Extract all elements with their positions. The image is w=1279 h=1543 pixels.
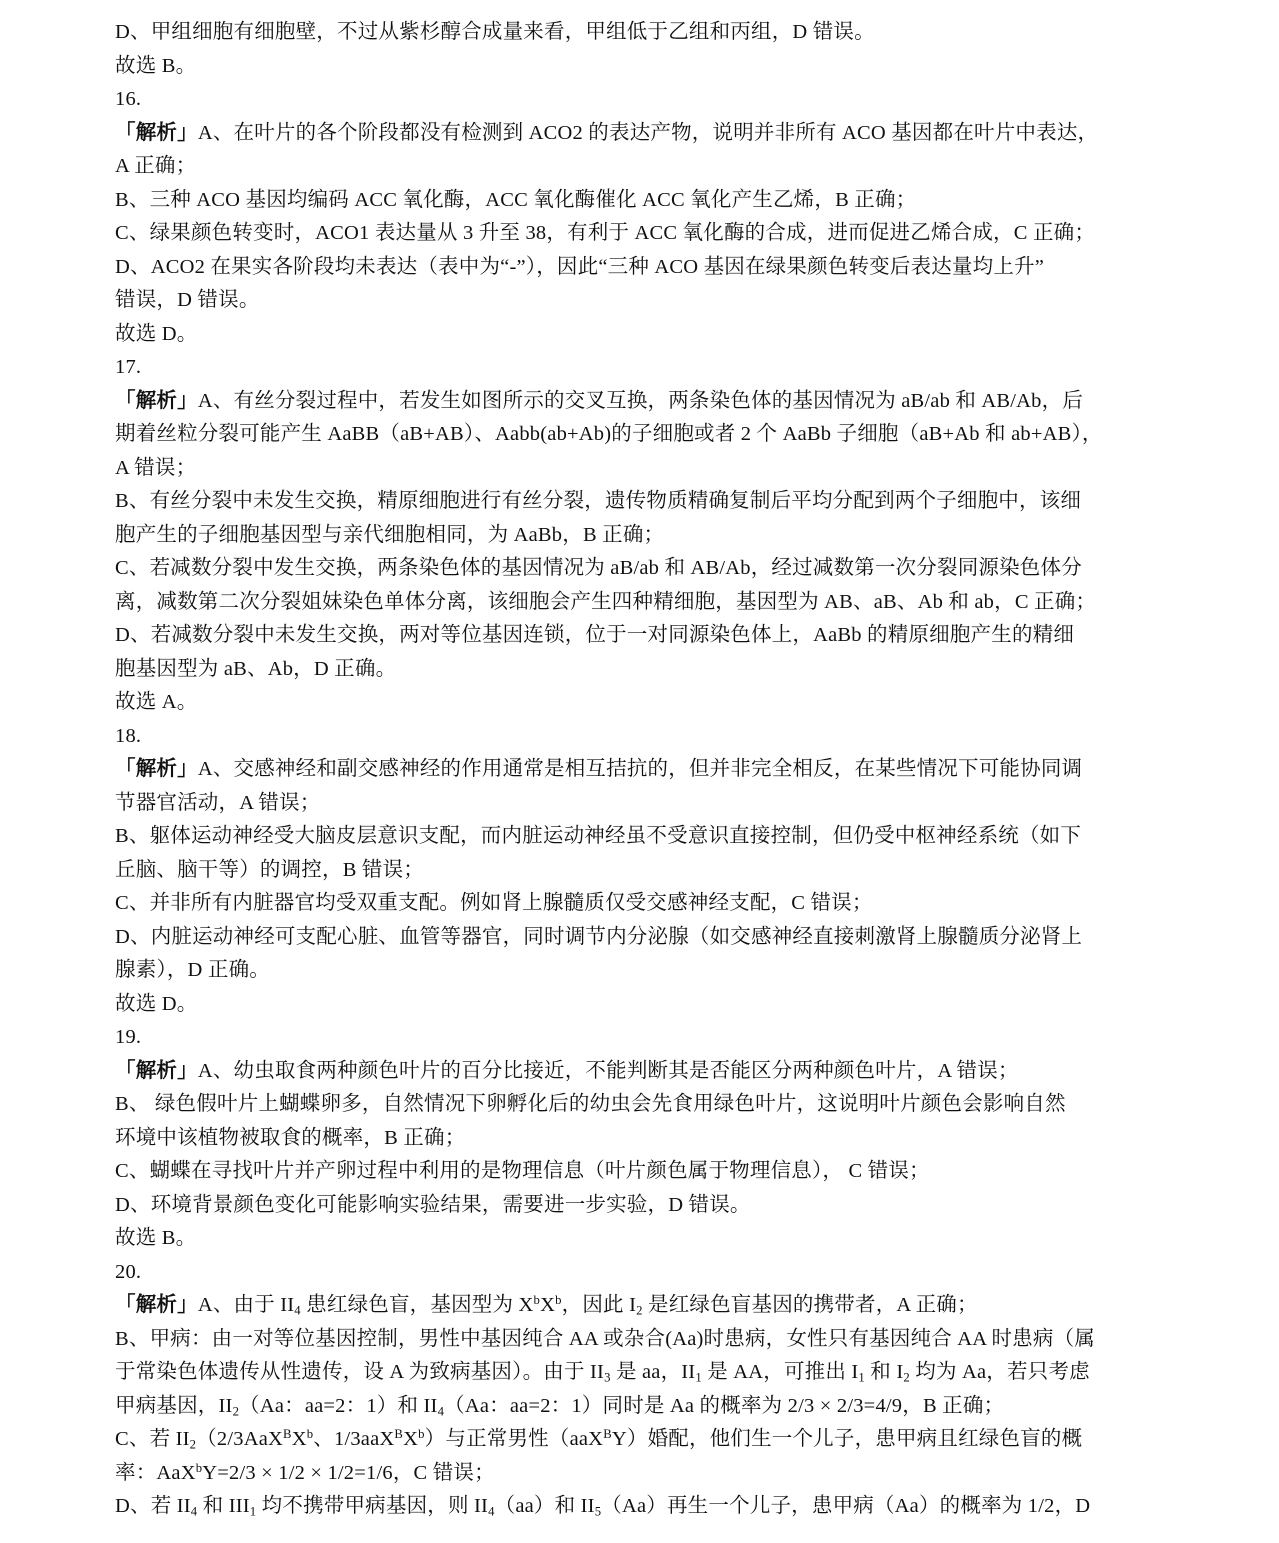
text-run: X [403,1428,418,1450]
text-run: 和 III [197,1495,249,1517]
text-run: C、并非所有内脏器官均受双重支配。例如肾上腺髓质仅受交感神经支配，C 错误； [115,892,873,914]
paragraph-line: C、蝴蝶在寻找叶片并产卵过程中利用的是物理信息（叶片颜色属于物理信息）， C 错… [115,1155,1165,1189]
paragraph-line: D、甲组细胞有细胞壁，不过从紫杉醇合成量来看，甲组低于乙组和丙组，D 错误。 [115,16,1165,50]
superscript: B [394,1427,403,1441]
text-run: 腺素），D 正确。 [115,959,270,981]
answer-line: 故选 B。 [115,1222,1165,1256]
text-run: 错误，D 错误。 [115,289,260,311]
paragraph-line: 「解析」A、在叶片的各个阶段都没有检测到 ACO2 的表达产物，说明并非所有 A… [115,117,1165,151]
superscript: B [603,1427,612,1441]
text-run: 率：AaX [115,1462,196,1484]
text-run: A、幼虫取食两种颜色叶片的百分比接近，不能判断其是否能区分两种颜色叶片，A 错误… [198,1060,1019,1082]
text-run: ，因此 I [562,1294,636,1316]
question-number: 20. [115,1256,1165,1290]
text-run: A、交感神经和副交感神经的作用通常是相互拮抗的，但并非完全相反，在某些情况下可能… [198,758,1082,780]
paragraph-line: D、若减数分裂中未发生交换，两对等位基因连锁，位于一对同源染色体上，AaBb 的… [115,619,1165,653]
analysis-tag: 「解析」 [115,390,198,412]
text-run: 是红绿色盲基因的携带者，A 正确； [643,1294,978,1316]
text-run: B、甲病：由一对等位基因控制，男性中基因纯合 AA 或杂合(Aa)时患病，女性只… [115,1328,1095,1350]
text-run: 、1/3aaX [313,1428,394,1450]
text-run: 均不携带甲病基因，则 II [256,1495,488,1517]
question-number: 19. [115,1021,1165,1055]
text-run: B、三种 ACO 基因均编码 ACC 氧化酶，ACC 氧化酶催化 ACC 氧化产… [115,189,916,211]
text-run: A 错误； [115,457,196,479]
text-run: 胞基因型为 aB、Ab，D 正确。 [115,658,396,680]
paragraph-line: D、内脏运动神经可支配心脏、血管等器官，同时调节内分泌腺（如交感神经直接刺激肾上… [115,921,1165,955]
paragraph-line: D、ACO2 在果实各阶段均未表达（表中为“-”），因此“三种 ACO 基因在绿… [115,251,1165,285]
text-run: 是 AA，可推出 I [702,1361,859,1383]
text-run: 节器官活动，A 错误； [115,792,321,814]
paragraph-line: 「解析」A、有丝分裂过程中，若发生如图所示的交叉互换，两条染色体的基因情况为 a… [115,385,1165,419]
analysis-tag: 「解析」 [115,1060,198,1082]
text-run: X [540,1294,555,1316]
text-run: A、由于 II [198,1294,294,1316]
text-run: （2/3AaX [196,1428,283,1450]
paragraph-line: A 错误； [115,452,1165,486]
text-run: 故选 A。 [115,691,197,713]
text-run: C、若 II [115,1428,190,1450]
text-run: 故选 D。 [115,993,197,1015]
text-run: D、若 II [115,1495,191,1517]
text-run: （Aa）再生一个儿子，患甲病（Aa）的概率为 1/2，D [601,1495,1090,1517]
text-run: A、有丝分裂过程中，若发生如图所示的交叉互换，两条染色体的基因情况为 aB/ab… [198,390,1083,412]
superscript: B [283,1427,292,1441]
answer-line: 故选 D。 [115,988,1165,1022]
text-run: D、若减数分裂中未发生交换，两对等位基因连锁，位于一对同源染色体上，AaBb 的… [115,624,1074,646]
paragraph-line: D、环境背景颜色变化可能影响实验结果，需要进一步实验，D 错误。 [115,1189,1165,1223]
paragraph-line: 「解析」A、由于 II4 患红绿色盲，基因型为 XbXb，因此 I2 是红绿色盲… [115,1289,1165,1323]
text-run: D、环境背景颜色变化可能影响实验结果，需要进一步实验，D 错误。 [115,1194,751,1216]
paragraph-line: C、并非所有内脏器官均受双重支配。例如肾上腺髓质仅受交感神经支配，C 错误； [115,887,1165,921]
text-run: 于常染色体遗传从性遗传，设 A 为致病基因）。由于 II [115,1361,604,1383]
text-run: A 正确； [115,155,196,177]
text-run: （Aa：aa=2：1）和 II [239,1395,437,1417]
paragraph-line: 甲病基因，II2（Aa：aa=2：1）和 II4（Aa：aa=2：1）同时是 A… [115,1390,1165,1424]
text-run: （Aa：aa=2：1）同时是 Aa 的概率为 2/3 × 2/3=4/9，B 正… [444,1395,1004,1417]
paragraph-line: 「解析」A、交感神经和副交感神经的作用通常是相互拮抗的，但并非完全相反，在某些情… [115,753,1165,787]
text-run: 胞产生的子细胞基因型与亲代细胞相同，为 AaBb，B 正确； [115,524,664,546]
paragraph-line: C、若减数分裂中发生交换，两条染色体的基因情况为 aB/ab 和 AB/Ab，经… [115,552,1165,586]
paragraph-line: 腺素），D 正确。 [115,954,1165,988]
paragraph-line: 胞基因型为 aB、Ab，D 正确。 [115,653,1165,687]
text-run: C、若减数分裂中发生交换，两条染色体的基因情况为 aB/ab 和 AB/Ab，经… [115,557,1082,579]
text-run: （aa）和 II [495,1495,595,1517]
text-run: D、内脏运动神经可支配心脏、血管等器官，同时调节内分泌腺（如交感神经直接刺激肾上… [115,926,1082,948]
text-run: 故选 D。 [115,323,197,345]
question-number: 18. [115,720,1165,754]
analysis-tag: 「解析」 [115,1294,198,1316]
text-run: 环境中该植物被取食的概率，B 正确； [115,1127,465,1149]
paragraph-line: C、绿果颜色转变时，ACO1 表达量从 3 升至 38，有利于 ACC 氧化酶的… [115,217,1165,251]
paragraph-line: B、 绿色假叶片上蝴蝶卵多，自然情况下卵孵化后的幼虫会先食用绿色叶片，这说明叶片… [115,1088,1165,1122]
paragraph-line: D、若 II4 和 III1 均不携带甲病基因，则 II4（aa）和 II5（A… [115,1490,1165,1524]
text-run: X [292,1428,307,1450]
paragraph-line: B、甲病：由一对等位基因控制，男性中基因纯合 AA 或杂合(Aa)时患病，女性只… [115,1323,1165,1357]
answer-line: 故选 D。 [115,318,1165,352]
text-run: 甲病基因，II [115,1395,233,1417]
text-run: 丘脑、脑干等）的调控，B 错误； [115,859,424,881]
paragraph-line: A 正确； [115,150,1165,184]
text-run: Y=2/3 × 1/2 × 1/2=1/6，C 错误； [202,1462,495,1484]
paragraph-line: 「解析」A、幼虫取食两种颜色叶片的百分比接近，不能判断其是否能区分两种颜色叶片，… [115,1055,1165,1089]
paragraph-line: 期着丝粒分裂可能产生 AaBB（aB+AB）、Aabb(ab+Ab)的子细胞或者… [115,418,1165,452]
paragraph-line: C、若 II2（2/3AaXBXb、1/3aaXBXb）与正常男性（aaXBY）… [115,1423,1165,1457]
text-run: B、有丝分裂中未发生交换，精原细胞进行有丝分裂，遗传物质精确复制后平均分配到两个… [115,490,1081,512]
paragraph-line: 丘脑、脑干等）的调控，B 错误； [115,854,1165,888]
text-run: D、ACO2 在果实各阶段均未表达（表中为“-”），因此“三种 ACO 基因在绿… [115,256,1044,278]
text-run: 均为 Aa，若只考虑 [910,1361,1090,1383]
text-run: 故选 B。 [115,1227,196,1249]
question-number: 17. [115,351,1165,385]
text-run: 离，减数第二次分裂姐妹染色单体分离，该细胞会产生四种精细胞，基因型为 AB、aB… [115,591,1096,613]
answer-line: 故选 A。 [115,686,1165,720]
paragraph-line: 胞产生的子细胞基因型与亲代细胞相同，为 AaBb，B 正确； [115,519,1165,553]
paragraph-line: B、躯体运动神经受大脑皮层意识支配，而内脏运动神经虽不受意识直接控制，但仍受中枢… [115,820,1165,854]
text-run: 16. [115,88,141,110]
analysis-tag: 「解析」 [115,122,198,144]
text-run: 是 aa，II [611,1361,696,1383]
text-run: 患红绿色盲，基因型为 X [301,1294,534,1316]
paragraph-line: B、有丝分裂中未发生交换，精原细胞进行有丝分裂，遗传物质精确复制后平均分配到两个… [115,485,1165,519]
text-run: Y）婚配，他们生一个儿子，患甲病且红绿色盲的概 [612,1428,1082,1450]
paragraph-line: 于常染色体遗传从性遗传，设 A 为致病基因）。由于 II3 是 aa，II1 是… [115,1356,1165,1390]
text-run: 和 I [865,1361,903,1383]
answer-line: 故选 B。 [115,50,1165,84]
paragraph-line: B、三种 ACO 基因均编码 ACC 氧化酶，ACC 氧化酶催化 ACC 氧化产… [115,184,1165,218]
paragraph-line: 环境中该植物被取食的概率，B 正确； [115,1122,1165,1156]
text-run: ）与正常男性（aaX [425,1428,604,1450]
text-run: 故选 B。 [115,55,196,77]
text-run: A、在叶片的各个阶段都没有检测到 ACO2 的表达产物，说明并非所有 ACO 基… [198,122,1098,144]
paragraph-line: 节器官活动，A 错误； [115,787,1165,821]
text-run: B、 绿色假叶片上蝴蝶卵多，自然情况下卵孵化后的幼虫会先食用绿色叶片，这说明叶片… [115,1093,1066,1115]
text-run: 期着丝粒分裂可能产生 AaBB（aB+AB）、Aabb(ab+Ab)的子细胞或者… [115,423,1103,445]
text-run: 18. [115,725,141,747]
text-run: D、甲组细胞有细胞壁，不过从紫杉醇合成量来看，甲组低于乙组和丙组，D 错误。 [115,21,875,43]
document-page: D、甲组细胞有细胞壁，不过从紫杉醇合成量来看，甲组低于乙组和丙组，D 错误。故选… [115,16,1165,1524]
text-run: C、绿果颜色转变时，ACO1 表达量从 3 升至 38，有利于 ACC 氧化酶的… [115,222,1095,244]
paragraph-line: 率：AaXbY=2/3 × 1/2 × 1/2=1/6，C 错误； [115,1457,1165,1491]
text-run: B、躯体运动神经受大脑皮层意识支配，而内脏运动神经虽不受意识直接控制，但仍受中枢… [115,825,1081,847]
question-number: 16. [115,83,1165,117]
text-run: 19. [115,1026,141,1048]
text-run: 20. [115,1261,141,1283]
paragraph-line: 离，减数第二次分裂姐妹染色单体分离，该细胞会产生四种精细胞，基因型为 AB、aB… [115,586,1165,620]
text-run: C、蝴蝶在寻找叶片并产卵过程中利用的是物理信息（叶片颜色属于物理信息）， C 错… [115,1160,930,1182]
paragraph-line: 错误，D 错误。 [115,284,1165,318]
analysis-tag: 「解析」 [115,758,198,780]
text-run: 17. [115,356,141,378]
